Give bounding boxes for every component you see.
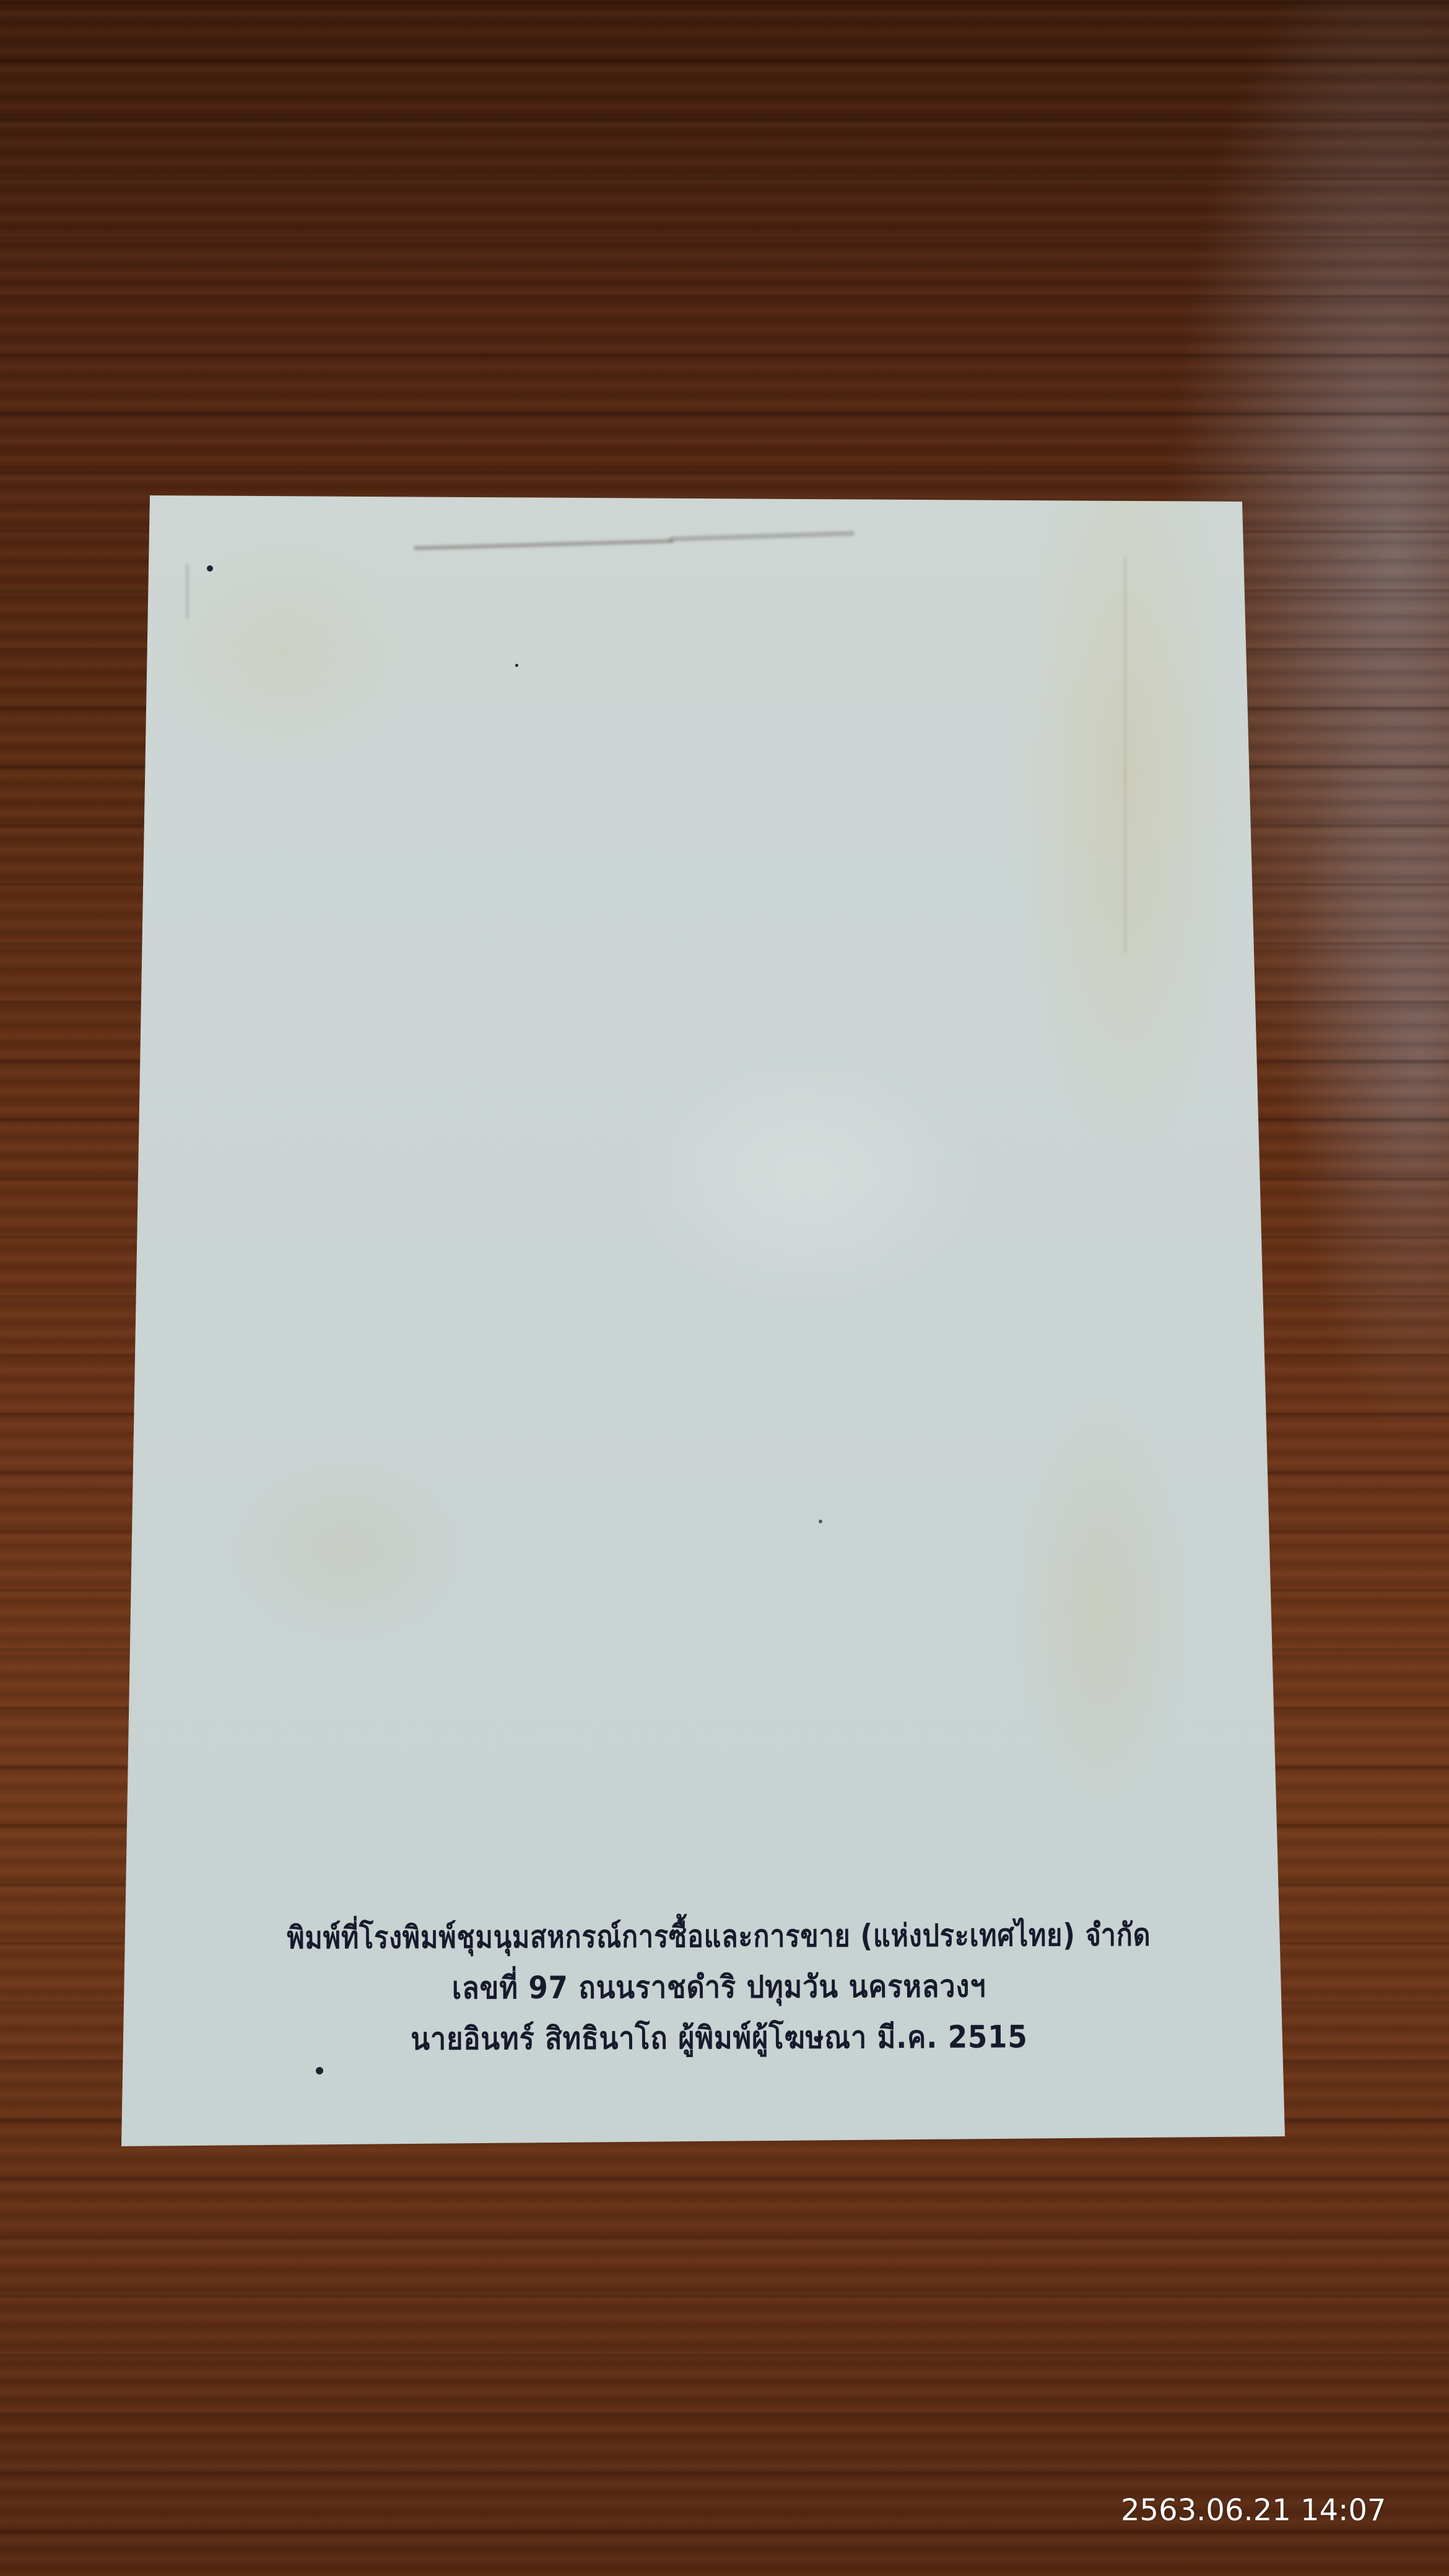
- imprint-publisher-date-line: นายอินทร์ สิทธินาโถ ผู้พิมพ์ผู้โฆษณา มี.…: [245, 2012, 1193, 2064]
- ink-speck: [515, 664, 518, 667]
- pencil-mark: [414, 539, 674, 550]
- imprint-printer-line: พิมพ์ที่โรงพิมพ์ชุมนุมสหกรณ์การซื้อและกา…: [266, 1910, 1172, 1962]
- edge-crease-left: [186, 563, 189, 619]
- ink-speck: [207, 565, 213, 572]
- camera-timestamp: 2563.06.21 14:07: [1121, 2493, 1386, 2528]
- ink-speck: [316, 2067, 323, 2074]
- edge-crease-right: [1124, 557, 1126, 954]
- imprint-address-line: เลขที่ 97 ถนนราชดำริ ปทุมวัน นครหลวงฯ: [245, 1961, 1193, 2013]
- ink-speck: [819, 1520, 822, 1523]
- pencil-mark-2: [669, 531, 855, 541]
